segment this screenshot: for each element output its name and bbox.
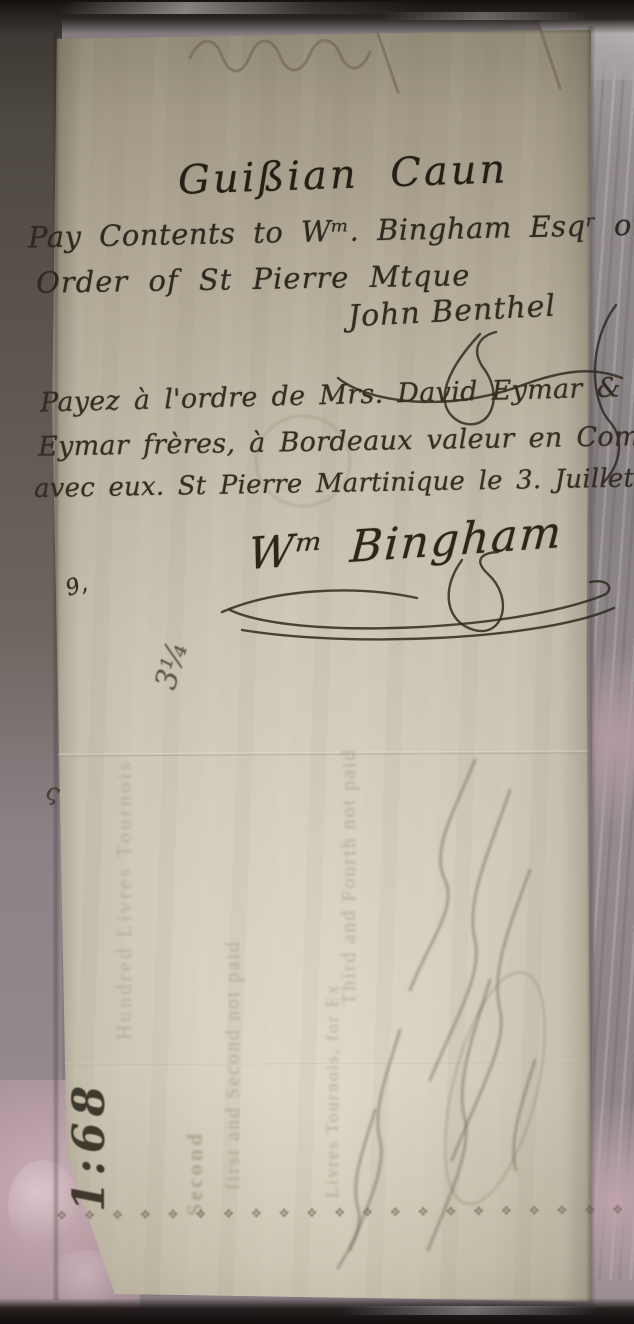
sleeve-seam-right (586, 26, 596, 1306)
glare-highlight (57, 2, 423, 14)
bingham-paraph-flourish (212, 550, 622, 645)
showthrough-print-column: Hundred Livres Tournois (112, 759, 137, 1040)
glare-highlight (337, 1306, 602, 1315)
showthrough-signature-strokes (280, 730, 600, 1270)
showthrough-print-column: first and Second not paid (222, 940, 245, 1190)
showthrough-print-column: Second (182, 1131, 208, 1216)
handwritten-amount-rotated: 1:68 (64, 1080, 115, 1212)
photo-of-document: Hundred Livres Tournois first and Second… (0, 0, 634, 1324)
glare-highlight (379, 12, 592, 20)
sleeve-seam-left (52, 30, 60, 1300)
